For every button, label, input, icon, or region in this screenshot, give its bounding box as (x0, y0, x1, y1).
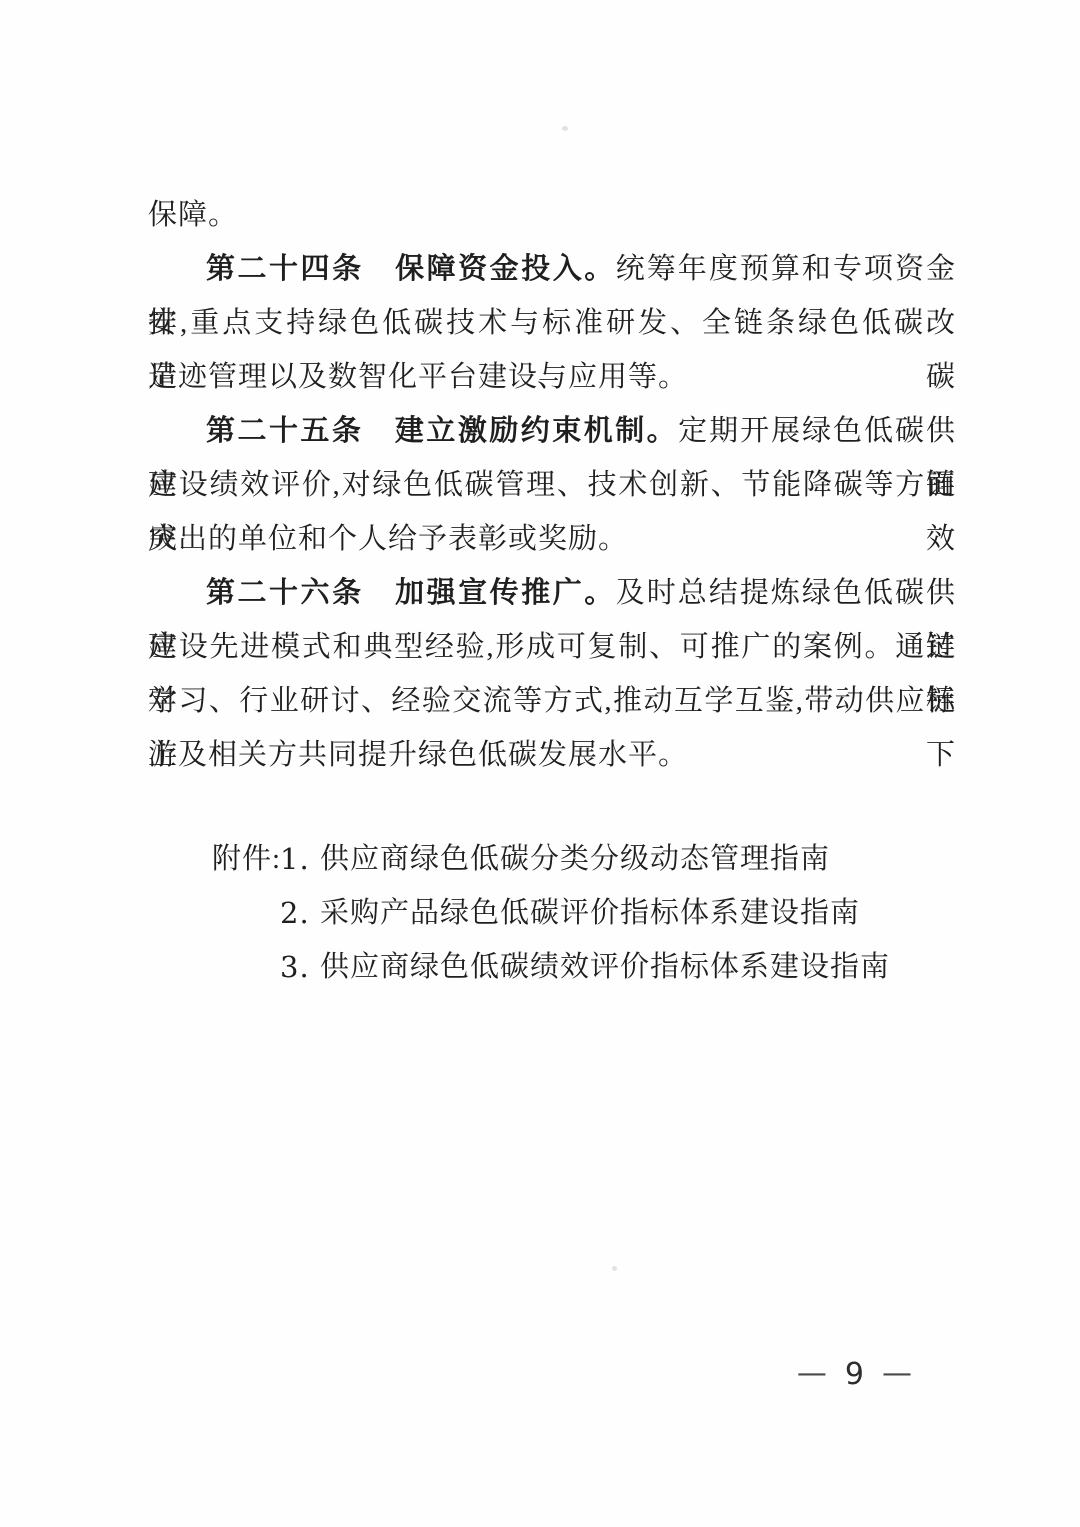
attachments-label (212, 886, 280, 940)
body-text: 突出的单位和个人给予表彰或奖励。 (148, 523, 628, 555)
attachment-item: 2.采购产品绿色低碳评价指标体系建设指南 (212, 886, 956, 940)
body-text: 足迹管理以及数智化平台建设与应用等。 (148, 361, 688, 393)
text-line: 保障。 (148, 188, 956, 242)
attachment-title: 采购产品绿色低碳评价指标体系建设指南 (320, 886, 860, 940)
document-body: 保障。第二十四条 保障资金投入。统筹年度预算和专项资金安排,重点支持绿色低碳技术… (148, 188, 956, 782)
text-line: 建设先进模式和典型经验,形成可复制、可推广的案例。通过对标 (148, 620, 956, 674)
attachment-item: 3.供应商绿色低碳绩效评价指标体系建设指南 (212, 940, 956, 994)
page-number-value: 9 (845, 1357, 864, 1392)
page-number-dash-right: — (882, 1359, 912, 1389)
body-text: 保障。 (148, 199, 238, 231)
text-line: 第二十五条 建立激励约束机制。定期开展绿色低碳供应链 (148, 404, 956, 458)
attachment-title: 供应商绿色低碳分类分级动态管理指南 (320, 832, 830, 886)
document-content: 保障。第二十四条 保障资金投入。统筹年度预算和专项资金安排,重点支持绿色低碳技术… (148, 188, 956, 994)
article-heading: 第二十四条 保障资金投入。 (206, 253, 616, 285)
attachment-title: 供应商绿色低碳绩效评价指标体系建设指南 (320, 940, 890, 994)
article-heading: 第二十五条 建立激励约束机制。 (206, 415, 678, 447)
scanned-page: 保障。第二十四条 保障资金投入。统筹年度预算和专项资金安排,重点支持绿色低碳技术… (0, 0, 1080, 1527)
scan-speck (612, 1266, 617, 1271)
text-line: 学习、行业研讨、经验交流等方式,推动互学互鉴,带动供应链上下 (148, 674, 956, 728)
attachment-number: 2. (280, 886, 320, 940)
text-line: 建设绩效评价,对绿色低碳管理、技术创新、节能降碳等方面成效 (148, 458, 956, 512)
scan-speck (562, 126, 568, 131)
attachment-number: 1. (280, 832, 320, 886)
body-text: 游及相关方共同提升绿色低碳发展水平。 (148, 739, 688, 771)
page-number-dash-left: — (797, 1359, 827, 1389)
attachments: 附件:1.供应商绿色低碳分类分级动态管理指南2.采购产品绿色低碳评价指标体系建设… (148, 832, 956, 994)
text-line: 排,重点支持绿色低碳技术与标准研发、全链条绿色低碳改造、碳 (148, 296, 956, 350)
attachments-label (212, 940, 280, 994)
attachment-item: 附件:1.供应商绿色低碳分类分级动态管理指南 (212, 832, 956, 886)
attachments-label: 附件: (212, 832, 280, 886)
text-line: 第二十四条 保障资金投入。统筹年度预算和专项资金安 (148, 242, 956, 296)
article-heading: 第二十六条 加强宣传推广。 (206, 577, 616, 609)
text-line: 第二十六条 加强宣传推广。及时总结提炼绿色低碳供应链 (148, 566, 956, 620)
page-number: — 9 — (797, 1352, 912, 1396)
attachment-number: 3. (280, 940, 320, 994)
